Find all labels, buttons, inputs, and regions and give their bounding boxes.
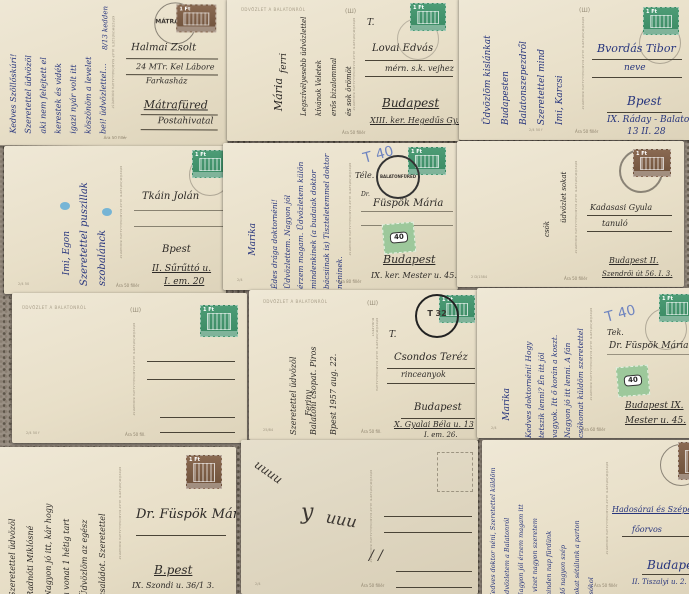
- stamp-building-image: [183, 12, 209, 25]
- recipient-street: IX. Szondi u. 36/1 3.: [132, 581, 214, 590]
- recipient-city: B.pest: [154, 563, 192, 577]
- postage-stamp: 1 Ft: [176, 4, 216, 32]
- recipient-name: Dr. Füspök Mária: [609, 341, 689, 351]
- recipient-name: Dr. Füspök Mária: [136, 507, 236, 522]
- print-code: 2/4 50: [18, 282, 29, 286]
- print-code: 25/84: [263, 428, 273, 432]
- stamp-building-image: [685, 450, 689, 473]
- postage-stamp: 1 Ft: [186, 455, 222, 489]
- scribble: uuuu: [252, 457, 285, 486]
- recipient-city: Budapest: [383, 253, 435, 266]
- crest-mark: (Ш): [130, 307, 141, 314]
- stamp-building-image: [417, 11, 439, 24]
- price-label: Ára 80 fillér: [338, 279, 361, 284]
- postage-stamp: 1 Ft: [192, 150, 226, 178]
- address-line: [384, 516, 472, 517]
- message-text: Üdvözlöm kislánkatBudapestenBalatonszepe…: [479, 15, 574, 125]
- signature: Marika: [502, 388, 512, 421]
- corner-note: Téle.: [355, 171, 374, 180]
- message-text: Édes drága doktornéni!Üdvözlettem. Nagyo…: [268, 149, 346, 289]
- publisher-text: KÉPZŐMŰVÉSZETI ALAP KIADÓVÁLLALATA BUDAP…: [574, 161, 580, 269]
- price-label: Ára 60 fillér: [582, 427, 605, 432]
- recipient-city: Bpest: [627, 94, 662, 108]
- address-line: [147, 379, 235, 380]
- publisher-text: KÉPZŐMŰVÉSZETI ALAP KIADÓVÁLLALATA BUDAP…: [118, 467, 124, 581]
- message-text: Kedves Szöllőskúri!Szeretettel üdvözölak…: [6, 5, 107, 134]
- message-text: Szeretettel üdvözölBalatoni csopat. Piro…: [284, 315, 354, 435]
- recipient-city: Mátrafüred: [144, 98, 208, 111]
- publisher-text: KÉPZŐMŰVÉSZETI ALAP KIADÓVÁLLALATA BUDAP…: [132, 323, 138, 418]
- recipient-title: mérn. s.k. vejhez: [385, 64, 454, 73]
- publisher-text: KÉPZŐMŰVÉSZETI ALAP KIADÓVÁLLALATA BUDAP…: [111, 16, 118, 128]
- card-header: ÜDVÖZLET A BALATONRÓL: [22, 305, 86, 310]
- recipient-city: Budapest: [414, 402, 462, 413]
- postage-stamp: 1 Ft: [643, 7, 679, 35]
- recipient-name: Halmai Zsolt: [131, 42, 196, 53]
- price-label: Ára 50 fill.: [361, 429, 381, 434]
- card-header: ÜDVÖZLET A BALATONRÓL: [241, 7, 305, 12]
- price-label: Ára 50 fillér: [594, 583, 617, 588]
- postcard-r4c2: KÉPZŐMŰVÉSZETI ALAP KIADÓVÁLLALATA BUDAP…: [241, 440, 478, 594]
- price-label: Ára 50 fillér: [116, 283, 139, 288]
- scribble: y: [301, 500, 313, 525]
- card-header: ÜDVÖZLET A BALATONRÓL: [263, 299, 327, 304]
- recipient-city: Budapest: [647, 558, 689, 572]
- recipient-prefix: Dr.: [361, 191, 370, 198]
- postcard-r1c2: ÜDVÖZLET A BALATONRÓL (Ш) KÉPZŐMŰVÉSZETI…: [227, 0, 460, 141]
- stamp-placeholder-box: [437, 452, 473, 492]
- stamp-building-image: [640, 157, 664, 170]
- address-line: [396, 571, 472, 572]
- recipient-floor: I. em. 26.: [424, 431, 458, 439]
- recipient-title: tanuló: [602, 219, 628, 228]
- postcard-r3c3: KÉPZŐMŰVÉSZETI ALAP KIADÓVÁLLALATA BUDAP…: [477, 288, 689, 438]
- postcard-r3c1: ÜDVÖZLET A BALATONRÓL (Ш) KÉPZŐMŰVÉSZETI…: [12, 293, 247, 443]
- print-code: 2/4 50 f: [529, 128, 543, 132]
- recipient-street: II. Sűrűttó u.: [152, 264, 211, 274]
- postcard-r4c1: KÉPZŐMŰVÉSZETI ALAP KIADÓVÁLLALATA BUDAP…: [0, 447, 236, 594]
- crest-mark: (Ш): [367, 300, 378, 307]
- recipient-street: IX. ker. Mester u. 45.: [371, 271, 457, 280]
- address-line: [160, 417, 235, 418]
- postcard-r3c2: ÜDVÖZLET A BALATONRÓL (Ш) KÉPZŐMŰVÉSZETI…: [249, 290, 479, 440]
- price-label: Ára 50 fillér: [564, 276, 587, 281]
- stamp-building-image: [199, 158, 221, 171]
- signature: Mária: [272, 78, 285, 111]
- publisher-text: KÉPZŐMŰVÉSZETI ALAP KIADÓVÁLLALATA BUDAP…: [581, 17, 587, 122]
- recipient-city: Bpest: [162, 244, 191, 255]
- recipient-name: Füspök Mária: [373, 198, 443, 209]
- recipient-name: Kadasasi Gyula: [590, 203, 652, 212]
- message-text: üdvözlet sokat: [557, 153, 572, 223]
- scribble: uuu: [325, 507, 359, 531]
- message-text: Szeretettel puszillakszobalánck: [76, 156, 116, 286]
- recipient-name: Tkáin Jolán: [142, 191, 199, 202]
- stamp-building-image: [650, 15, 672, 28]
- signature: Marika: [248, 223, 258, 256]
- recipient-street: Szendrői út 56. I. 3.: [602, 270, 672, 278]
- recipient-name: Hadosárai és Szépek: [612, 505, 689, 514]
- recipient-street: IX. Ráday - Balaton: [607, 115, 689, 125]
- publisher-text: KÉPZŐMŰVÉSZETI ALAP KIADÓVÁLLALATA BUDAP…: [119, 166, 125, 276]
- stamp-building-image: [666, 302, 688, 315]
- address-line: [160, 432, 235, 433]
- date-note: 8/13 kedden: [101, 6, 109, 50]
- recipient-title: rinceanyok: [401, 370, 446, 379]
- print-code: 2 D/1584: [471, 275, 487, 279]
- print-code: 2/4: [491, 426, 497, 430]
- print-code: 2/4 50 f: [26, 431, 40, 435]
- crest-mark: (Ш): [345, 8, 356, 15]
- price-label: Ára 50 fillér: [342, 130, 365, 135]
- price-label: Ára 50 fillér: [575, 129, 598, 134]
- message-text: Kedves doktornéni! Hogytetszik lenni? Én…: [522, 293, 588, 438]
- recipient-street: II. Tiszalyi u. 2.: [632, 578, 687, 586]
- recipient-district: Farkasház: [146, 76, 188, 85]
- recipient-title: főorvos: [632, 525, 662, 534]
- message-text: Kedves doktor néni, Szeretettel küldömüd…: [486, 448, 604, 594]
- postmark: T 32: [415, 294, 459, 338]
- publisher-text: KÉPZŐMŰVÉSZETI ALAP KIADÓVÁLLALATA BUDAP…: [348, 163, 354, 272]
- recipient-street: X. Gyalai Béla u. 13: [394, 420, 474, 429]
- recipient-name: Csondos Teréz: [394, 352, 468, 363]
- postcard-r2c1: KÉPZŐMŰVÉSZETI ALAP KIADÓVÁLLALATA BUDAP…: [4, 146, 226, 294]
- signature: Imi, Egon: [62, 231, 72, 275]
- recipient-floor: I. em. 20: [164, 277, 204, 287]
- stamp-building-image: [415, 155, 439, 168]
- postage-stamp: 1 Ft: [200, 305, 238, 337]
- publisher-text: KÉPZŐMŰVÉSZETI ALAP KIADÓVÁLLALATA BUDAP…: [371, 318, 377, 410]
- publisher-text: KÉPZŐMŰVÉSZETI ALAP KIADÓVÁLLALATA BUDAP…: [589, 308, 595, 420]
- recipient-city: Budapest: [382, 96, 439, 110]
- recipient-street: XIII. ker. Hegedűs Gy. u. 23.: [370, 116, 460, 125]
- postage-due-stamp: 40: [616, 365, 650, 398]
- tax-mark: T 40: [603, 302, 637, 325]
- recipient-title: neve: [624, 63, 646, 73]
- recipient-post-office: Postahivatal: [158, 116, 214, 126]
- corner-note: ferri: [279, 53, 289, 73]
- signature: csók: [543, 221, 551, 237]
- recipient-city: Budapest IX.: [625, 401, 684, 411]
- price-label: Ára 50 fillér: [361, 583, 384, 588]
- stamp-building-image: [207, 313, 231, 330]
- recipient-prefix: Tek.: [607, 328, 624, 337]
- address-line: [396, 587, 472, 588]
- recipient-street: 24 MTr. Kel Lábore: [136, 62, 215, 71]
- recipient-city: Budapest II.: [609, 256, 659, 265]
- crest-mark: (Ш): [579, 7, 590, 14]
- postage-stamp: 1 Ft: [659, 294, 689, 322]
- publisher-text: KÉPZŐMŰVÉSZETI ALAP KIADÓVÁLLALATA BUDAP…: [352, 18, 358, 123]
- postage-stamp: 1 Ft: [410, 3, 446, 31]
- recipient-prefix: T.: [389, 330, 397, 340]
- postcard-r4c3: KÉPZŐMŰVÉSZETI ALAP KIADÓVÁLLALATA BUDAP…: [482, 440, 689, 594]
- print-code: 2/4: [255, 582, 261, 586]
- postcard-r1c1: KÉPZŐMŰVÉSZETI ALAP KIADÓVÁLLALATA BUDAP…: [0, 0, 228, 147]
- price-label: Ára 50 fillér: [104, 135, 127, 140]
- stamp-building-image: [193, 463, 215, 482]
- print-code: 2/4: [237, 278, 243, 282]
- recipient-street: Mester u. 45.: [625, 416, 686, 426]
- message-text: Szeretettel üdvözölRadnóti MiklósnéNagyo…: [4, 457, 114, 594]
- address-line: [384, 532, 472, 533]
- recipient-name: Bvordás Tibor: [597, 42, 676, 55]
- recipient-name: Lovai Edvás: [372, 43, 433, 54]
- address-line: [147, 361, 235, 362]
- publisher-text: KÉPZŐMŰVÉSZETI ALAP KIADÓVÁLLALATA BUDAP…: [605, 462, 611, 582]
- postcard-r2c2: KÉPZŐMŰVÉSZETI ALAP KIADÓVÁLLALATA BUDAP…: [223, 143, 458, 290]
- message-text: Legszívélyesebb üdvözlettelkívánok Velet…: [297, 16, 352, 116]
- price-label: Ára 50 fill.: [125, 432, 145, 437]
- ink-blot: [102, 208, 112, 216]
- postcard-r1c3: (Ш) KÉPZŐMŰVÉSZETI ALAP KIADÓVÁLLALATA B…: [459, 0, 689, 140]
- signature: Feriny: [304, 390, 313, 416]
- postcard-r2c3: KÉPZŐMŰVÉSZETI ALAP KIADÓVÁLLALATA BUDAP…: [457, 141, 684, 287]
- postage-due-stamp: 40: [382, 222, 416, 255]
- recipient-prefix: T.: [367, 18, 375, 28]
- postage-stamp: 1 Ft: [633, 149, 671, 177]
- scribble: / /: [369, 548, 383, 564]
- ink-blot: [60, 202, 70, 210]
- recipient-house-number: 13 II. 28: [627, 127, 666, 137]
- postage-stamp: [678, 442, 689, 480]
